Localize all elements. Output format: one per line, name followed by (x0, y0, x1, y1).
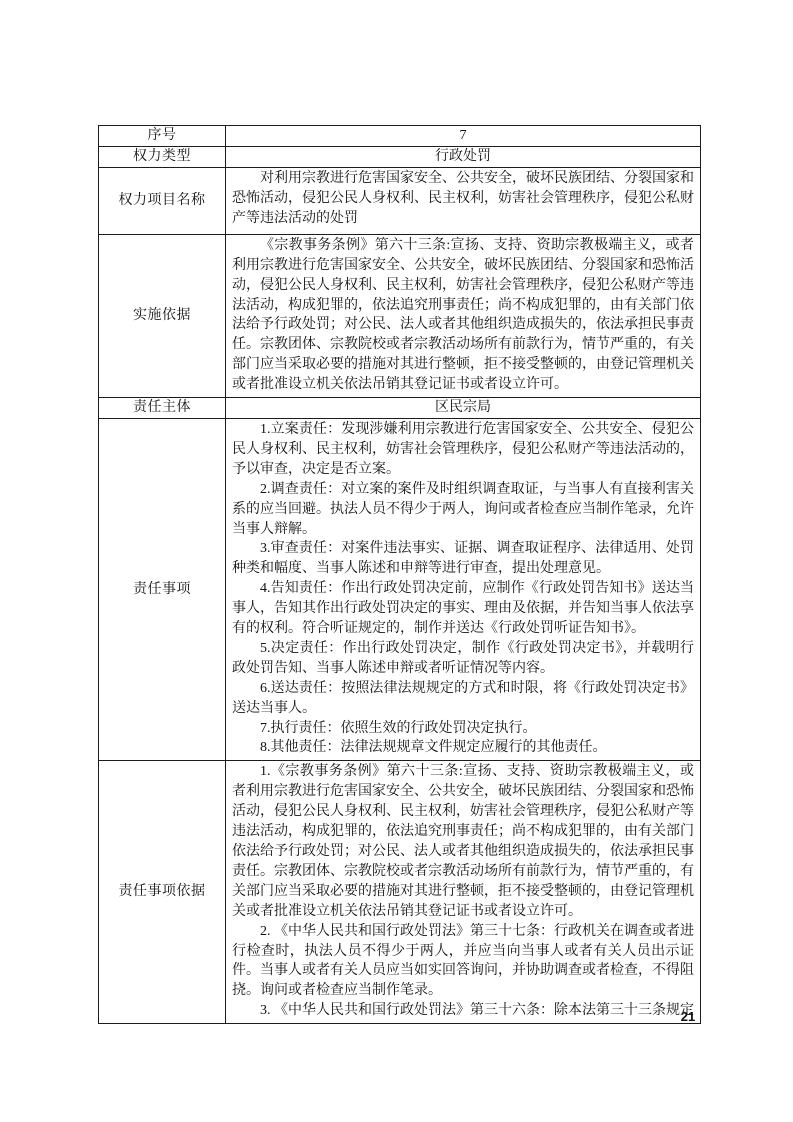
table-row-implementation-basis: 实施依据 《宗教事务条例》第六十三条:宣扬、支持、资助宗教极端主义，或者利用宗教… (99, 234, 701, 397)
row-label-power-item-name: 权力项目名称 (99, 167, 226, 234)
row-label-responsible-entity: 责任主体 (99, 398, 226, 419)
page-number: 21 (676, 1009, 700, 1024)
table-row-responsible-entity: 责任主体 区民宗局 (99, 398, 701, 419)
row-value-power-item-name: 对利用宗教进行危害国家安全、公共安全，破坏民族团结、分裂国家和恐怖活动，侵犯公民… (226, 167, 701, 234)
table-row-power-type: 权力类型 行政处罚 (99, 146, 701, 167)
row-value-responsibility-items: 1.立案责任：发现涉嫌利用宗教进行危害国家安全、公共安全、侵犯公民人身权利、民主… (226, 418, 701, 760)
paragraph: 1.《宗教事务条例》第六十三条:宣扬、支持、资助宗教极端主义，或者利用宗教进行危… (232, 762, 694, 921)
paragraph: 《宗教事务条例》第六十三条:宣扬、支持、资助宗教极端主义，或者利用宗教进行危害国… (232, 236, 694, 395)
row-label-serial: 序号 (99, 126, 226, 147)
row-label-responsibility-items-basis: 责任事项依据 (99, 761, 226, 1024)
table-row-power-item-name: 权力项目名称 对利用宗教进行危害国家安全、公共安全，破坏民族团结、分裂国家和恐怖… (99, 167, 701, 234)
paragraph: 3.审查责任：对案件违法事实、证据、调查取证程序、法律适用、处罚种类和幅度、当事… (232, 539, 694, 579)
row-label-power-type: 权力类型 (99, 146, 226, 167)
paragraph: 6.送达责任：按照法律法规规定的方式和时限，将《行政处罚决定书》送达当事人。 (232, 679, 694, 719)
row-value-serial: 7 (226, 126, 701, 147)
paragraph: 1.立案责任：发现涉嫌利用宗教进行危害国家安全、公共安全、侵犯公民人身权利、民主… (232, 420, 694, 480)
paragraph: 对利用宗教进行危害国家安全、公共安全，破坏民族团结、分裂国家和恐怖活动，侵犯公民… (232, 169, 694, 229)
document-page: 序号 7 权力类型 行政处罚 权力项目名称 对利用宗教进行危害国家安全、公共安全… (0, 0, 793, 1122)
row-value-responsible-entity: 区民宗局 (226, 398, 701, 419)
paragraph: 2.调查责任：对立案的案件及时组织调查取证，与当事人有直接利害关系的应当回避。执… (232, 480, 694, 540)
table-row-serial: 序号 7 (99, 126, 701, 147)
row-value-responsibility-items-basis: 1.《宗教事务条例》第六十三条:宣扬、支持、资助宗教极端主义，或者利用宗教进行危… (226, 761, 701, 1024)
row-value-implementation-basis: 《宗教事务条例》第六十三条:宣扬、支持、资助宗教极端主义，或者利用宗教进行危害国… (226, 234, 701, 397)
power-item-table: 序号 7 权力类型 行政处罚 权力项目名称 对利用宗教进行危害国家安全、公共安全… (98, 125, 701, 1024)
paragraph: 7.执行责任：依照生效的行政处罚决定执行。 (232, 719, 694, 739)
paragraph: 4.告知责任：作出行政处罚决定前，应制作《行政处罚告知书》送达当事人，告知其作出… (232, 579, 694, 639)
paragraph: 5.决定责任：作出行政处罚决定，制作《行政处罚决定书》，并载明行政处罚告知、当事… (232, 639, 694, 679)
row-label-implementation-basis: 实施依据 (99, 234, 226, 397)
row-value-power-type: 行政处罚 (226, 146, 701, 167)
paragraph: 8.其他责任：法律法规规章文件规定应履行的其他责任。 (232, 738, 694, 758)
paragraph: 2. 《中华人民共和国行政处罚法》第三十七条：行政机关在调查或者进行检查时，执法… (232, 922, 694, 1002)
paragraph: 3. 《中华人民共和国行政处罚法》第三十六条：除本法第三十三条规定 (232, 1001, 694, 1021)
table-row-responsibility-items-basis: 责任事项依据 1.《宗教事务条例》第六十三条:宣扬、支持、资助宗教极端主义，或者… (99, 761, 701, 1024)
row-label-responsibility-items: 责任事项 (99, 418, 226, 760)
table-row-responsibility-items: 责任事项 1.立案责任：发现涉嫌利用宗教进行危害国家安全、公共安全、侵犯公民人身… (99, 418, 701, 760)
